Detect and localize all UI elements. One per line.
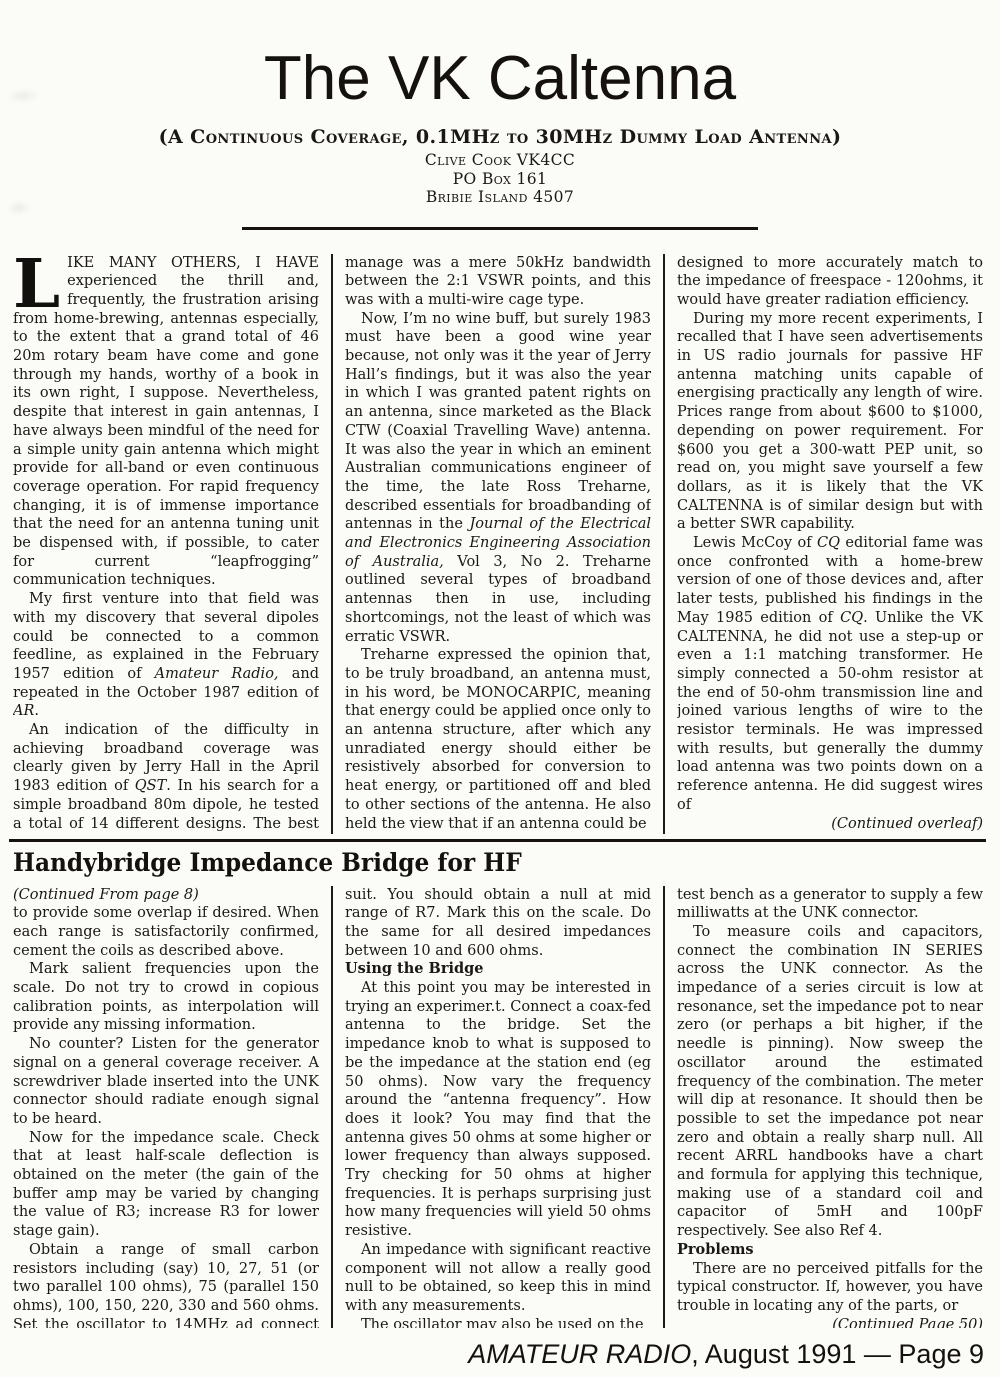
paragraph: There are no perceived pitfalls for the … xyxy=(677,1260,983,1316)
masthead-rule xyxy=(242,227,758,230)
paragraph: to provide some overlap if desired. When… xyxy=(13,904,319,960)
subhead-problems: Problems xyxy=(677,1241,983,1260)
italic-run: CQ xyxy=(840,610,863,626)
subhead-using-the-bridge: Using the Bridge xyxy=(345,960,651,979)
italic-run: Amateur Radio, xyxy=(155,666,279,682)
scan-smudge xyxy=(6,88,40,104)
article1-author: Clive Cook VK4CC xyxy=(0,151,1000,170)
continued-page-note: (Continued Page 50) xyxy=(677,1316,983,1328)
column-divider xyxy=(331,254,333,834)
journal-name: AMATEUR RADIO xyxy=(468,1339,691,1369)
text-run: Now, I’m no wine buff, but surely 1983 m… xyxy=(345,311,651,533)
article1-columns: LIKE MANY OTHERS, I HAVE experienced the… xyxy=(0,254,1000,834)
article1-column-2: manage was a mere 50kHz bandwidth betwee… xyxy=(345,254,651,834)
paragraph: To measure coils and capacitors, connect… xyxy=(677,923,983,1241)
drop-cap: L xyxy=(13,257,60,310)
paragraph: suit. You should obtain a null at mid ra… xyxy=(345,886,651,961)
article1-title: The VK Caltenna xyxy=(0,46,1000,112)
paragraph: My first venture into that field was wit… xyxy=(13,590,319,721)
continued-from-note: (Continued From page 8) xyxy=(13,886,319,905)
opening-paragraph: LIKE MANY OTHERS, I HAVE experienced the… xyxy=(13,254,319,591)
section-divider-rule xyxy=(9,839,986,842)
paragraph: Mark salient frequencies upon the scale.… xyxy=(13,960,319,1035)
text-run: . xyxy=(34,703,39,719)
article2-column-1: (Continued From page 8) to provide some … xyxy=(13,886,319,1328)
article2-column-2: suit. You should obtain a null at mid ra… xyxy=(345,886,651,1328)
article1-address-line2: Bribie Island 4507 xyxy=(0,188,1000,207)
column-divider xyxy=(663,886,665,1328)
text-run: Lewis McCoy of xyxy=(693,535,817,551)
article2-title: Handybridge Impedance Bridge for HF xyxy=(13,849,931,877)
article2-columns: (Continued From page 8) to provide some … xyxy=(0,886,1000,1328)
article1-address-line1: PO Box 161 xyxy=(0,170,1000,189)
paragraph: An indication of the difficulty in achie… xyxy=(13,721,319,833)
paragraph: An impedance with significant reactive c… xyxy=(345,1241,651,1316)
continued-overleaf-note: (Continued overleaf) xyxy=(677,815,983,834)
italic-run: QST xyxy=(135,778,167,794)
paragraph: At this point you may be interested in t… xyxy=(345,979,651,1241)
paragraph: During my more recent experiments, I rec… xyxy=(677,310,983,534)
paragraph: Treharne expressed the opinion that, to … xyxy=(345,646,651,833)
article2-column-3: test bench as a generator to supply a fe… xyxy=(677,886,983,1328)
footer-issue-page: , August 1991 — Page 9 xyxy=(691,1339,984,1369)
article1-column-1: LIKE MANY OTHERS, I HAVE experienced the… xyxy=(13,254,319,834)
paragraph: designed to more accurately match to the… xyxy=(677,254,983,310)
italic-run: AR xyxy=(13,703,34,719)
article1-subtitle: (A Continuous Coverage, 0.1MHz to 30MHz … xyxy=(0,126,1000,148)
paragraph: Now, I’m no wine buff, but surely 1983 m… xyxy=(345,310,651,647)
paragraph: manage was a mere 50kHz bandwidth betwee… xyxy=(345,254,651,310)
paragraph: Lewis McCoy of CQ editorial fame was onc… xyxy=(677,534,983,815)
column-divider xyxy=(663,254,665,834)
paragraph: Obtain a range of small carbon resistors… xyxy=(13,1241,319,1328)
column-divider xyxy=(331,886,333,1328)
paragraph: Now for the impedance scale. Check that … xyxy=(13,1129,319,1241)
scan-smudge xyxy=(6,200,32,216)
paragraph: The oscillator may also be used on the xyxy=(345,1316,651,1328)
magazine-page: The VK Caltenna (A Continuous Coverage, … xyxy=(0,0,1000,1377)
article1-masthead: The VK Caltenna (A Continuous Coverage, … xyxy=(0,0,1000,230)
italic-run: CQ xyxy=(817,535,840,551)
text-run: . Unlike the VK CALTENNA, he did not use… xyxy=(677,610,983,813)
paragraph: No counter? Listen for the generator sig… xyxy=(13,1035,319,1129)
paragraph: test bench as a generator to supply a fe… xyxy=(677,886,983,923)
article1-column-3: designed to more accurately match to the… xyxy=(677,254,983,834)
page-footer: AMATEUR RADIO, August 1991 — Page 9 xyxy=(468,1339,984,1370)
